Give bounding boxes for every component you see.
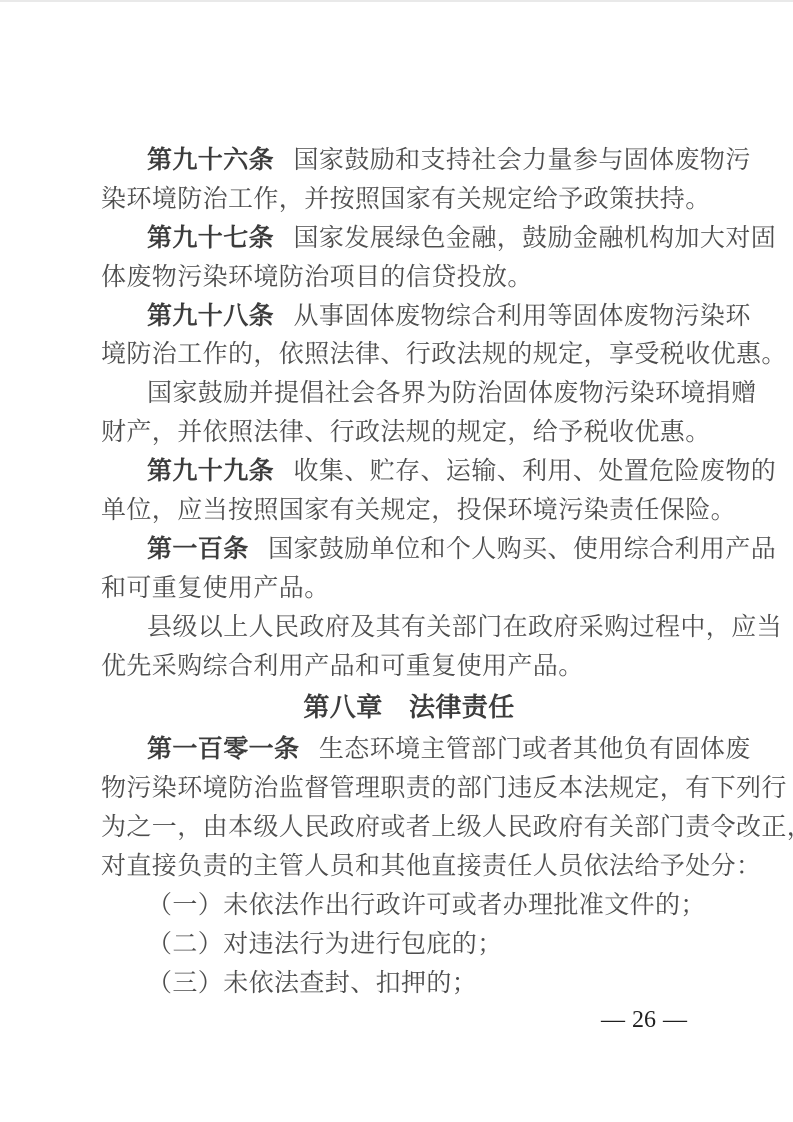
line-text: 染环境防治工作，并按照国家有关规定给予政策扶持。 (101, 185, 711, 213)
text-line: 第九十九条收集、贮存、运输、利用、处置危险废物的 (101, 452, 717, 491)
text-line: （三）未依法查封、扣押的； (101, 964, 717, 1003)
line-text: （三）未依法查封、扣押的； (147, 969, 477, 997)
text-line: 为之一，由本级人民政府或者上级人民政府有关部门责令改正， (101, 808, 717, 847)
line-text: 为之一，由本级人民政府或者上级人民政府有关部门责令改正， (101, 813, 793, 841)
text-line: 染环境防治工作，并按照国家有关规定给予政策扶持。 (101, 180, 717, 219)
article-number: 第九十六条 (147, 146, 274, 174)
page-footer: —26— (601, 1007, 687, 1034)
page-number: 26 (632, 1007, 656, 1033)
line-text: 境防治工作的，依照法律、行政法规的规定，享受税收优惠。 (101, 340, 787, 368)
text-line: 县级以上人民政府及其有关部门在政府采购过程中，应当 (101, 608, 717, 647)
line-text: 体废物污染环境防治项目的信贷投放。 (101, 263, 533, 291)
line-text: 国家鼓励单位和个人购买、使用综合利用产品 (268, 535, 776, 563)
line-text: 物污染环境防治监督管理职责的部门违反本法规定，有下列行 (101, 774, 787, 802)
text-line: 对直接负责的主管人员和其他直接责任人员依法给予处分： (101, 847, 717, 886)
text-line: （一）未依法作出行政许可或者办理批准文件的； (101, 886, 717, 925)
line-text: 县级以上人民政府及其有关部门在政府采购过程中，应当 (147, 613, 782, 641)
document-body: 第九十六条国家鼓励和支持社会力量参与固体废物污染环境防治工作，并按照国家有关规定… (101, 141, 717, 1003)
line-text: 国家发展绿色金融，鼓励金融机构加大对固 (294, 224, 777, 252)
line-text: 国家鼓励和支持社会力量参与固体废物污 (294, 146, 751, 174)
line-text: 从事固体废物综合利用等固体废物污染环 (294, 302, 751, 330)
line-text: 收集、贮存、运输、利用、处置危险废物的 (294, 457, 777, 485)
line-text: 单位，应当按照国家有关规定，投保环境污染责任保险。 (101, 496, 736, 524)
document-page: 第九十六条国家鼓励和支持社会力量参与固体废物污染环境防治工作，并按照国家有关规定… (0, 0, 793, 1122)
text-line: 第一百零一条生态环境主管部门或者其他负有固体废 (101, 730, 717, 769)
line-text: 财产，并依照法律、行政法规的规定，给予税收优惠。 (101, 418, 711, 446)
text-line: 和可重复使用产品。 (101, 569, 717, 608)
chapter-heading: 第八章 法律责任 (101, 685, 717, 730)
line-text: 对直接负责的主管人员和其他直接责任人员依法给予处分： (101, 852, 761, 880)
text-line: 第九十六条国家鼓励和支持社会力量参与固体废物污 (101, 141, 717, 180)
text-line: 第九十八条从事固体废物综合利用等固体废物污染环 (101, 297, 717, 336)
footer-dash-left: — (601, 1007, 625, 1033)
text-line: 境防治工作的，依照法律、行政法规的规定，享受税收优惠。 (101, 335, 717, 374)
line-text: 和可重复使用产品。 (101, 574, 330, 602)
footer-dash-right: — (663, 1007, 687, 1033)
text-line: 国家鼓励并提倡社会各界为防治固体废物污染环境捐赠 (101, 374, 717, 413)
line-text: （一）未依法作出行政许可或者办理批准文件的； (147, 891, 706, 919)
text-line: 单位，应当按照国家有关规定，投保环境污染责任保险。 (101, 491, 717, 530)
line-text: 优先采购综合利用产品和可重复使用产品。 (101, 652, 584, 680)
line-text: （二）对违法行为进行包庇的； (147, 930, 503, 958)
text-line: 第一百条国家鼓励单位和个人购买、使用综合利用产品 (101, 530, 717, 569)
text-line: 第九十七条国家发展绿色金融，鼓励金融机构加大对固 (101, 219, 717, 258)
article-number: 第九十九条 (147, 457, 274, 485)
chapter-title-text: 第八章 法律责任 (303, 692, 514, 722)
line-text: 国家鼓励并提倡社会各界为防治固体废物污染环境捐赠 (147, 379, 757, 407)
text-line: 财产，并依照法律、行政法规的规定，给予税收优惠。 (101, 413, 717, 452)
line-text: 生态环境主管部门或者其他负有固体废 (319, 735, 751, 763)
page-top-edge (0, 0, 793, 2)
article-number: 第九十七条 (147, 224, 274, 252)
text-line: 体废物污染环境防治项目的信贷投放。 (101, 258, 717, 297)
text-line: （二）对违法行为进行包庇的； (101, 925, 717, 964)
text-line: 物污染环境防治监督管理职责的部门违反本法规定，有下列行 (101, 769, 717, 808)
article-number: 第一百零一条 (147, 735, 299, 763)
text-line: 优先采购综合利用产品和可重复使用产品。 (101, 647, 717, 686)
article-number: 第一百条 (147, 535, 249, 563)
article-number: 第九十八条 (147, 302, 274, 330)
